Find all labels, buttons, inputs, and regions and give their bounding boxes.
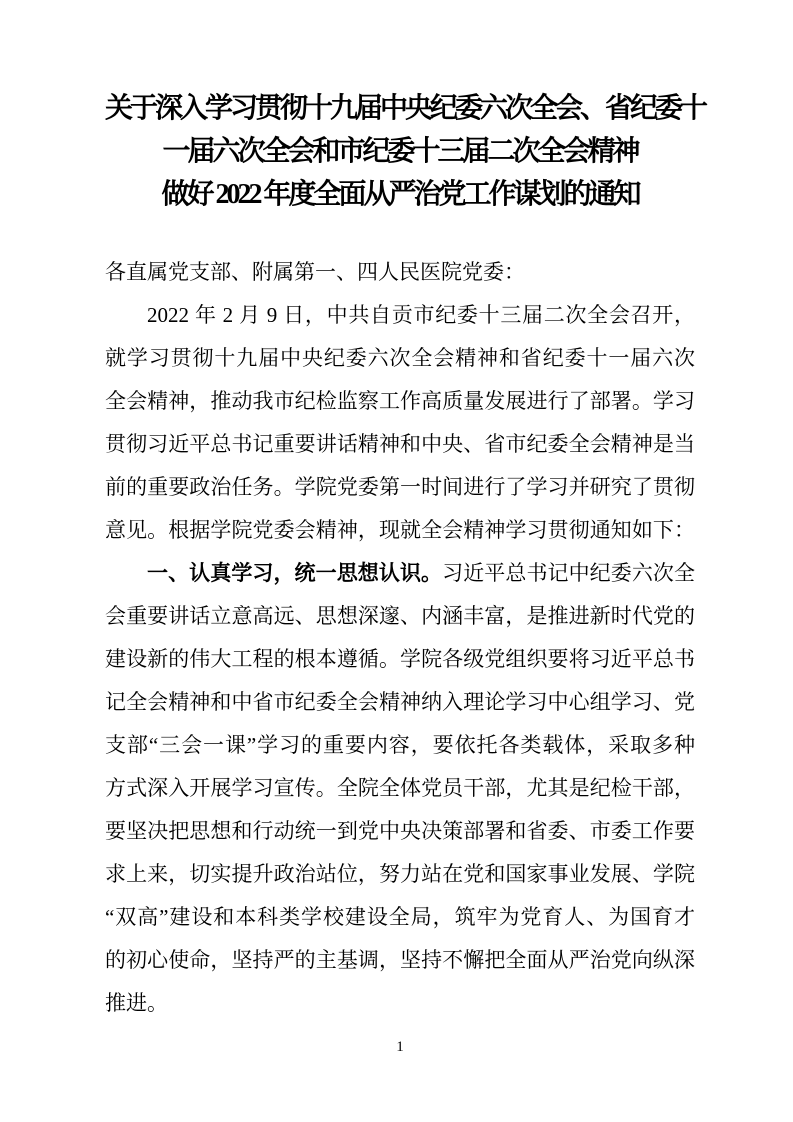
text-line: 会重要讲话立意高远、思想深邃、内涵丰富，是推进新时代党的 [105,595,695,638]
section-heading-line: 一、认真学习，统一思想认识。习近平总书记中纪委六次全 [105,552,695,595]
text-line: 意见。根据学院党委会精神，现就全会精神学习贯彻通知如下： [105,509,695,552]
document-page: 关于深入学习贯彻十九届中央纪委六次全会、省纪委十 一届六次全会和市纪委十三届二次… [0,0,793,1122]
document-title: 关于深入学习贯彻十九届中央纪委六次全会、省纪委十 一届六次全会和市纪委十三届二次… [105,87,695,216]
text-line: 建设新的伟大工程的根本遵循。学院各级党组织要将习近平总书 [105,638,695,681]
text-line: 的初心使命，坚持严的主基调，坚持不懈把全面从严治党向纵深 [105,939,695,982]
text-line: 方式深入开展学习宣传。全院全体党员干部，尤其是纪检干部， [105,767,695,810]
text-run: 习近平总书记中纪委六次全 [442,561,695,585]
page-number: 1 [105,1037,695,1057]
section-heading: 一、认真学习，统一思想认识。 [147,562,442,585]
text-line: 贯彻习近平总书记重要讲话精神和中央、省市纪委全会精神是当 [105,423,695,466]
text-line: 记全会精神和中省市纪委全会精神纳入理论学习中心组学习、党 [105,681,695,724]
text-line: 就学习贯彻十九届中央纪委六次全会精神和省纪委十一届六次 [105,337,695,380]
text-line: 求上来，切实提升政治站位，努力站在党和国家事业发展、学院 [105,853,695,896]
salutation: 各直属党支部、附属第一、四人民医院党委： [105,251,695,294]
document-body: 各直属党支部、附属第一、四人民医院党委： 2022 年 2 月 9 日，中共自贡… [105,251,695,1025]
text-line: 支部“三会一课”学习的重要内容，要依托各类载体，采取多种 [105,724,695,767]
title-line-1: 关于深入学习贯彻十九届中央纪委六次全会、省纪委十 [105,87,695,130]
text-line: 要坚决把思想和行动统一到党中央决策部署和省委、市委工作要 [105,810,695,853]
text-line: 全会精神，推动我市纪检监察工作高质量发展进行了部署。学习 [105,380,695,423]
text-line: “双高”建设和本科类学校建设全局，筑牢为党育人、为国育才 [105,896,695,939]
title-line-2: 一届六次全会和市纪委十三届二次全会精神 [105,130,695,173]
text-line: 推进。 [105,982,695,1025]
text-line: 前的重要政治任务。学院党委第一时间进行了学习并研究了贯彻 [105,466,695,509]
title-line-3: 做好 2022 年度全面从严治党工作谋划的通知 [105,173,695,216]
text-line: 2022 年 2 月 9 日，中共自贡市纪委十三届二次全会召开， [105,294,695,337]
